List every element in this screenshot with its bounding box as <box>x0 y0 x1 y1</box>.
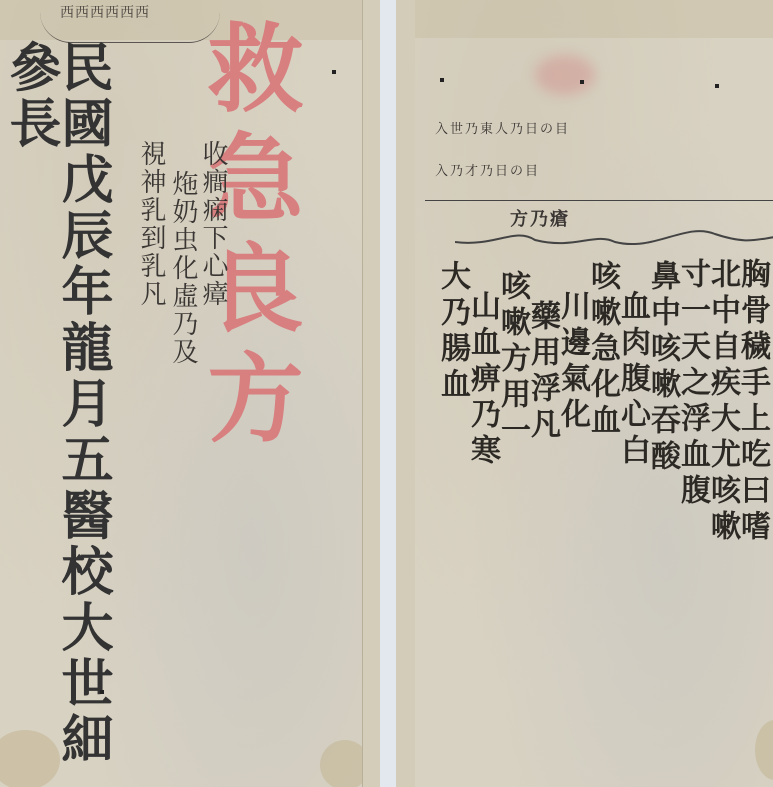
right-page-edge <box>396 0 416 787</box>
body-column: 大乃腸血 <box>437 260 467 404</box>
body-column: 血肉腹心白 <box>617 290 647 470</box>
subtitle-column-1: 收癎痫下心瘴 <box>200 140 226 308</box>
body-column: 山血痹乃寒 <box>467 290 497 470</box>
water-stain-band <box>415 0 773 38</box>
ink-dot <box>715 84 719 88</box>
header-row-2: 入乃才乃日の目 <box>435 160 540 179</box>
left-page: 西西西西西西 救急良方 民國戊辰年龍月五醫校大世細參長 收癎痫下心瘴 炧奶虫化虛… <box>0 0 362 787</box>
body-column: 藥用浮凡 <box>527 300 557 444</box>
subtitle-column-3: 視神乳到乳凡 <box>138 140 164 308</box>
body-column: 寸一天之浮血腹 <box>677 258 707 510</box>
ink-dot <box>440 78 444 82</box>
red-ink-smudge <box>535 55 595 95</box>
author-column: 民國戊辰年龍月五醫校大世細參長 <box>4 40 108 787</box>
stain <box>755 720 773 780</box>
rule-line <box>425 200 773 201</box>
body-column: 北中自疾大尤咳嗽 <box>707 258 737 546</box>
subtitle-column-2: 炧奶虫化虛乃及 <box>170 170 196 366</box>
ink-dot <box>100 690 104 694</box>
right-page: 入世乃東人乃日の目 入乃才乃日の目 方乃瘡 胸骨穢手上吃曰嗜 北中自疾大尤咳嗽 … <box>415 0 773 787</box>
ink-dot <box>580 80 584 84</box>
body-column: 咳嗽急化血 <box>587 260 617 440</box>
body-column: 川邊氣化 <box>557 290 587 434</box>
header-row-1: 入世乃東人乃日の目 <box>435 118 570 137</box>
wavy-divider <box>455 222 773 252</box>
book-gutter <box>380 0 396 787</box>
top-stamp-text: 西西西西西西 <box>60 2 150 22</box>
body-column: 鼻中咳嗽吞酸 <box>647 260 677 476</box>
body-column: 胸骨穢手上吃曰嗜 <box>737 258 767 546</box>
ink-dot <box>332 70 336 74</box>
body-column: 咳嗽方用一 <box>497 270 527 450</box>
stain <box>320 740 362 787</box>
left-page-edge <box>362 0 382 787</box>
